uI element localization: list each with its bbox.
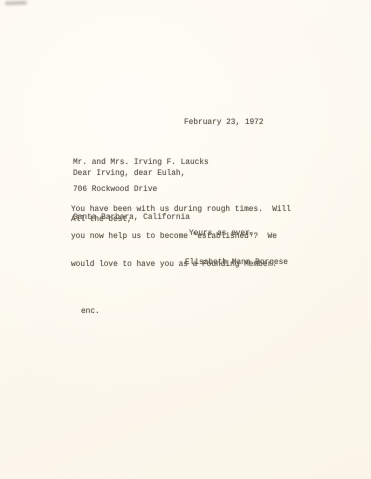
enclosure-note: enc. [81,308,100,317]
letter-date: February 23, 1972 [184,119,264,128]
body-line: You have been with us during rough times… [71,206,291,215]
recipient-name-line: Mr. and Mrs. Irving F. Laucks [73,159,209,168]
typed-signature: Elisabeth Mann Borgese [185,259,288,268]
body-line: you now help us to become "established"?… [71,233,291,242]
salutation-line: Dear Irving, dear Eulah, [73,170,185,179]
letter-body-paragraph: You have been with us during rough times… [71,187,291,289]
valediction-line: Yours as ever, [189,230,255,239]
letter-page: February 23, 1972 Mr. and Mrs. Irving F.… [0,0,371,479]
scan-smudge-mark [5,1,27,6]
closing-line: All the best, [71,216,132,225]
